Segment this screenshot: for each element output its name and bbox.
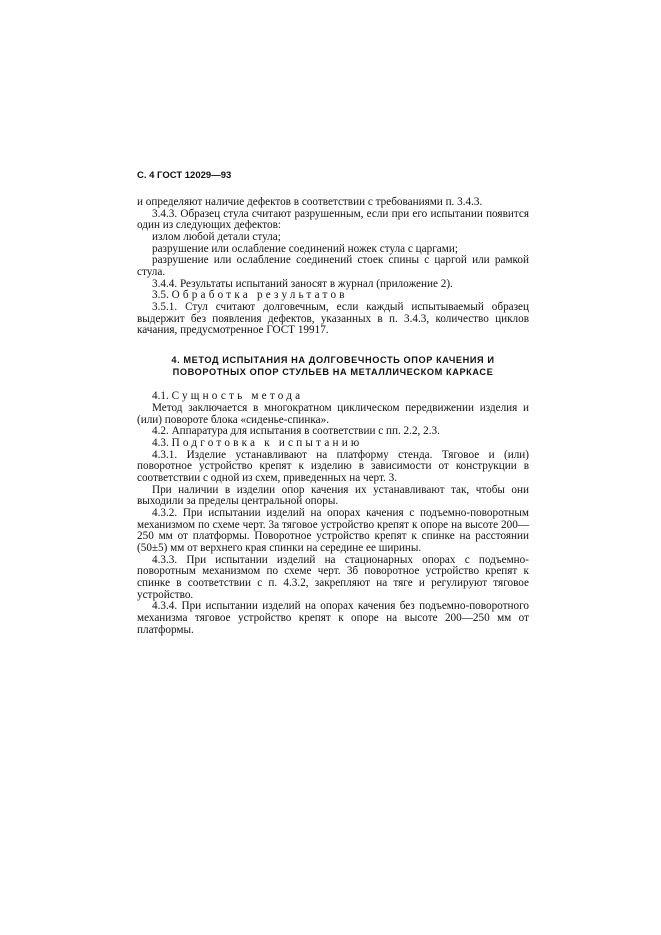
defect-item: излом любой детали стула; — [137, 232, 529, 244]
paragraph-4-3-3: 4.3.3. При испытании изделий на стациона… — [137, 555, 529, 602]
defect-item: разрушение или ослабление соединений сто… — [137, 255, 529, 278]
subsection-number: 3.5. — [152, 289, 169, 301]
paragraph-3-5-1: 3.5.1. Стул считают долговечным, если ка… — [137, 302, 529, 337]
paragraph: и определяют наличие дефектов в соответс… — [137, 197, 529, 209]
subsection-title: Сущность метода — [172, 390, 304, 402]
subsection-number: 4.3. — [152, 437, 169, 449]
subsection-title: Подготовка к испытанию — [172, 437, 363, 449]
document-page: С. 4 ГОСТ 12029—93 и определяют наличие … — [137, 170, 529, 636]
paragraph: При наличии в изделии опор качения их ус… — [137, 485, 529, 508]
paragraph-4-1: Метод заключается в многократном цикличе… — [137, 403, 529, 426]
paragraph-4-3-1: 4.3.1. Изделие устанавливают на платформ… — [137, 450, 529, 485]
section-4-heading: 4. МЕТОД ИСПЫТАНИЯ НА ДОЛГОВЕЧНОСТЬ ОПОР… — [137, 355, 529, 379]
subsection-4-3: 4.3. Подготовка к испытанию — [137, 438, 529, 450]
paragraph-3-4-3: 3.4.3. Образец стула считают разрушенным… — [137, 209, 529, 232]
subsection-title: Обработка результатов — [172, 289, 348, 301]
subsection-number: 4.1. — [152, 390, 169, 402]
paragraph-4-3-2: 4.3.2. При испытании изделий на опорах к… — [137, 508, 529, 555]
paragraph-4-3-4: 4.3.4. При испытании изделий на опорах к… — [137, 601, 529, 636]
page-header: С. 4 ГОСТ 12029—93 — [137, 170, 529, 197]
